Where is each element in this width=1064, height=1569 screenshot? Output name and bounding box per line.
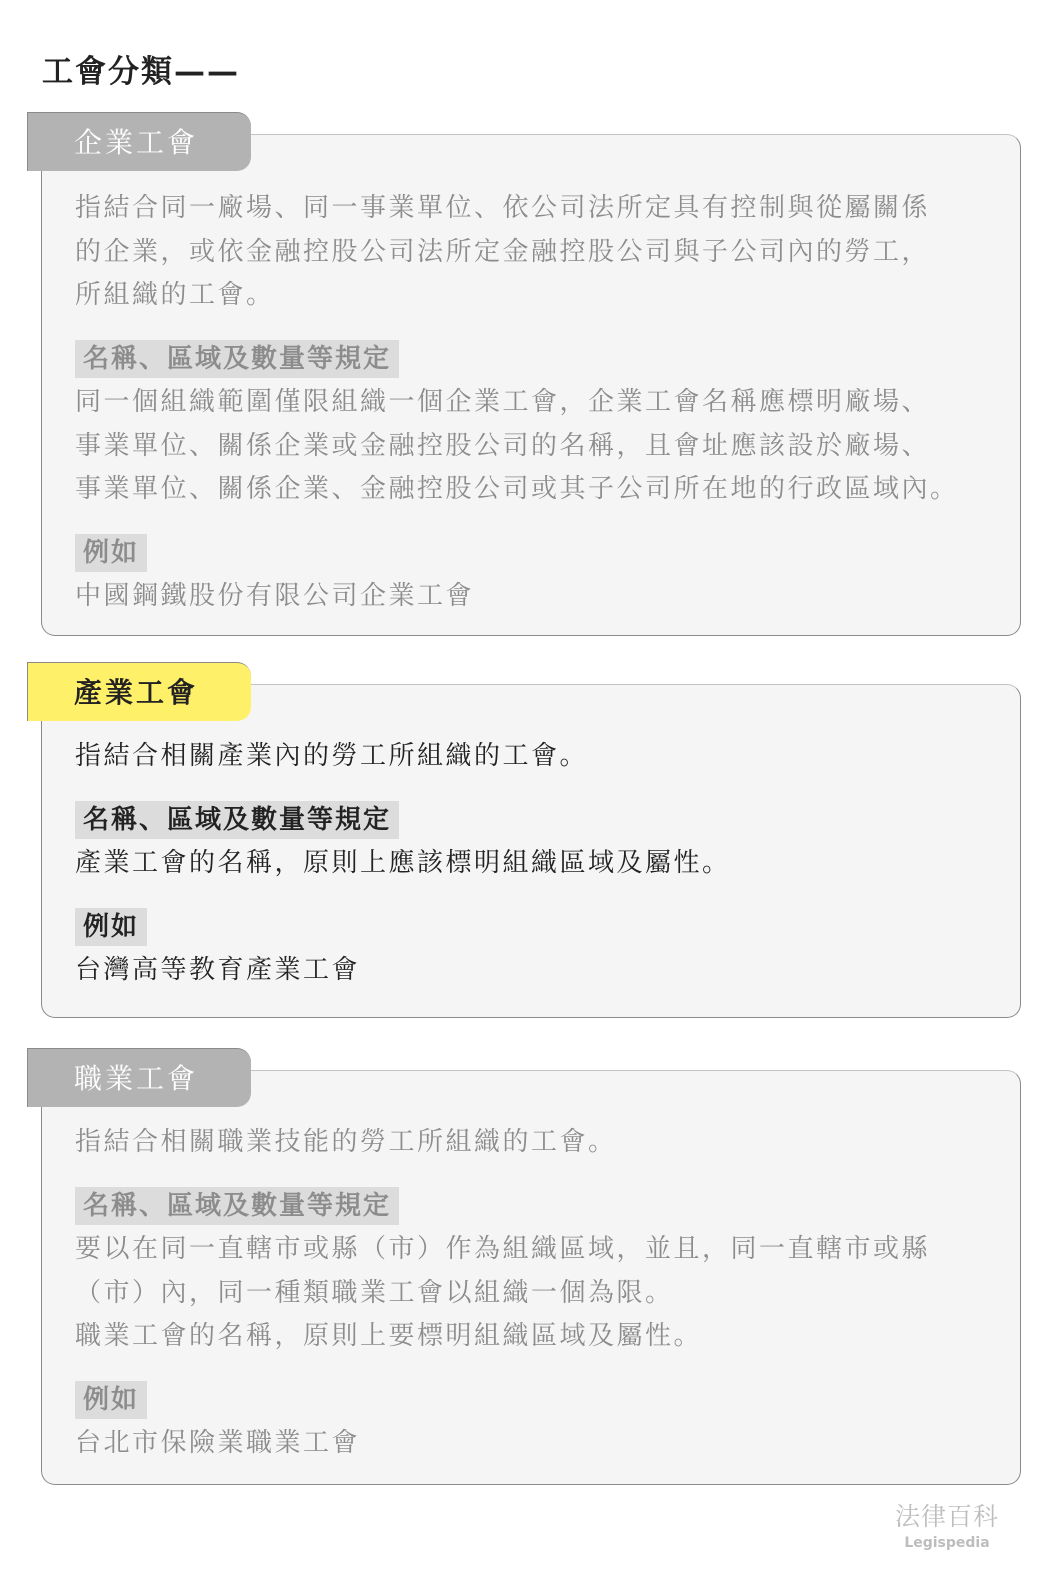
tab-occupational-union: 職業工會 — [27, 1048, 251, 1107]
rules-line: 職業工會的名稱，原則上要標明組織區域及屬性。 — [75, 1315, 990, 1359]
tab-industrial-union: 產業工會 — [27, 662, 251, 721]
description-line: 指結合相關產業內的勞工所組織的工會。 — [75, 735, 990, 779]
rules-line: 事業單位、關係企業、金融控股公司或其子公司所在地的行政區域內。 — [75, 468, 990, 512]
description-line: 所組織的工會。 — [75, 274, 990, 318]
example-heading: 例如 — [75, 534, 147, 572]
rules-line: （市）內，同一種類職業工會以組織一個為限。 — [75, 1272, 990, 1316]
rules-line: 產業工會的名稱，原則上應該標明組織區域及屬性。 — [75, 842, 990, 886]
rules-heading: 名稱、區域及數量等規定 — [75, 801, 399, 839]
tab-label: 職業工會 — [74, 1062, 198, 1095]
description-line: 指結合同一廠場、同一事業單位、依公司法所定具有控制與從屬關係 — [75, 187, 990, 231]
tab-enterprise-union: 企業工會 — [27, 112, 251, 171]
example-heading: 例如 — [75, 908, 147, 946]
brand-name-cn: 法律百科 — [880, 1500, 1014, 1534]
card-occupational-union: 指結合相關職業技能的勞工所組織的工會。 名稱、區域及數量等規定 要以在同一直轄市… — [41, 1070, 1021, 1485]
rules-heading: 名稱、區域及數量等規定 — [75, 340, 399, 378]
example-text: 台北市保險業職業工會 — [75, 1422, 990, 1466]
tab-label: 產業工會 — [74, 676, 198, 709]
tab-label: 企業工會 — [74, 126, 198, 159]
example-text: 台灣高等教育產業工會 — [75, 949, 990, 993]
page-title: 工會分類—— — [42, 50, 240, 94]
card-industrial-union: 指結合相關產業內的勞工所組織的工會。 名稱、區域及數量等規定 產業工會的名稱，原… — [41, 684, 1021, 1018]
example-text: 中國鋼鐵股份有限公司企業工會 — [75, 575, 990, 619]
brand-logo: 法律百科 Legispedia — [880, 1500, 1014, 1552]
rules-heading: 名稱、區域及數量等規定 — [75, 1187, 399, 1225]
rules-line: 同一個組織範圍僅限組織一個企業工會，企業工會名稱應標明廠場、 — [75, 381, 990, 425]
example-heading: 例如 — [75, 1381, 147, 1419]
card-enterprise-union: 指結合同一廠場、同一事業單位、依公司法所定具有控制與從屬關係 的企業，或依金融控… — [41, 134, 1021, 636]
description-line: 指結合相關職業技能的勞工所組織的工會。 — [75, 1121, 990, 1165]
rules-line: 要以在同一直轄市或縣（市）作為組織區域，並且，同一直轄市或縣 — [75, 1228, 990, 1272]
brand-name-en: Legispedia — [880, 1534, 1014, 1552]
rules-line: 事業單位、關係企業或金融控股公司的名稱，且會址應該設於廠場、 — [75, 425, 990, 469]
description-line: 的企業，或依金融控股公司法所定金融控股公司與子公司內的勞工， — [75, 231, 990, 275]
